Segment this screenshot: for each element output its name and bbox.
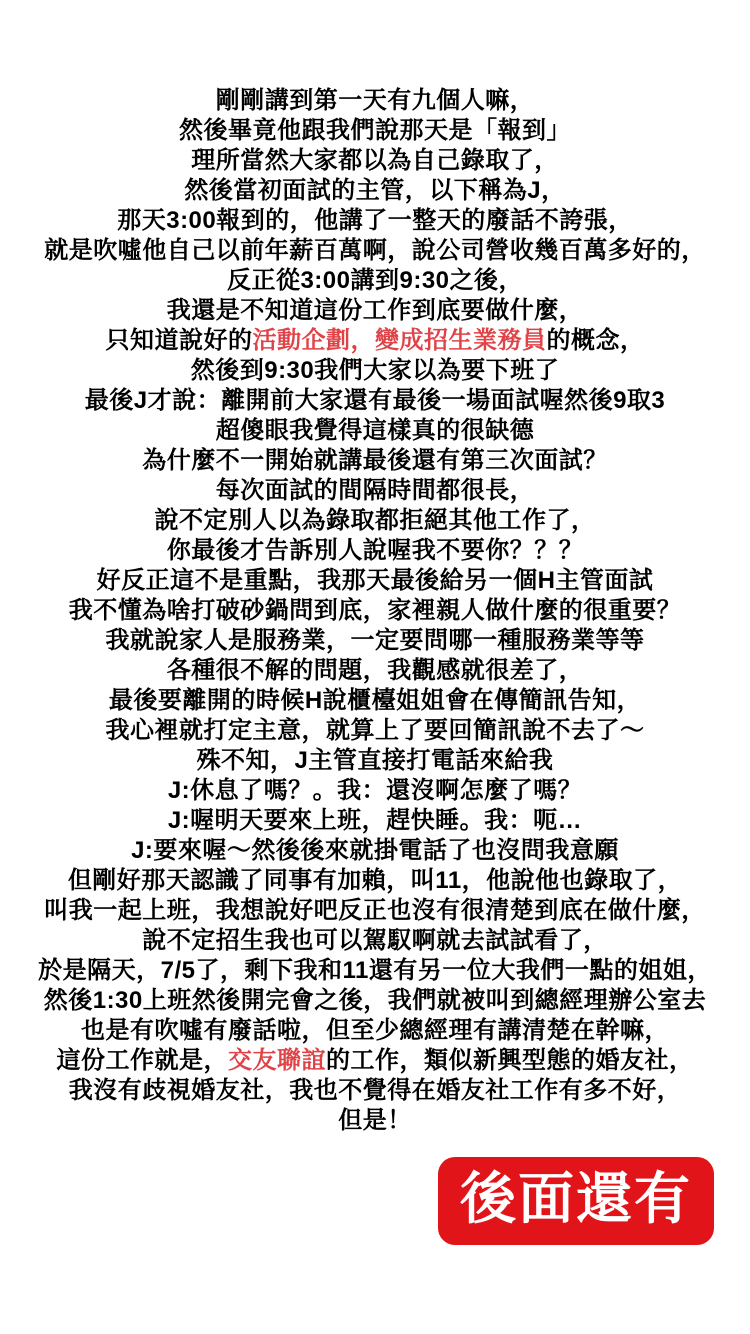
text-segment: 於是隔天，7/5了，剩下我和11還有另一位大我們一點的姐姐， [38,957,712,984]
text-segment: 我就說家人是服務業，一定要問哪一種服務業等等 [106,627,645,654]
story-line: 剛剛講到第一天有九個人嘛， [0,86,750,116]
text-segment: 的工作，類似新興型態的婚友社， [326,1047,694,1074]
text-segment: 我沒有歧視婚友社，我也不覺得在婚友社工作有多不好， [69,1077,682,1104]
more-badge-sticker: 後面還有 [438,1157,714,1245]
story-line: 那天3:00報到的，他講了一整天的廢話不誇張， [0,206,750,236]
story-line: 反正從3:00講到9:30之後， [0,266,750,296]
text-segment: 然後畢竟他跟我們說那天是「報到」 [179,117,571,144]
story-line: 你最後才告訴別人說喔我不要你？？？ [0,536,750,566]
story-line: 為什麼不一開始就講最後還有第三次面試？ [0,446,750,476]
story-line: J:喔明天要來上班，趕快睡。我：呃… [0,806,750,836]
text-segment: 你最後才告訴別人說喔我不要你？？？ [167,537,584,564]
story-line: 我心裡就打定主意，就算上了要回簡訊說不去了～ [0,716,750,746]
text-segment: 為什麼不一開始就講最後還有第三次面試？ [142,447,608,474]
story-line: 最後J才說：離開前大家還有最後一場面試喔然後9取3 [0,386,750,416]
text-segment: 說不定別人以為錄取都拒絕其他工作了， [155,507,596,534]
text-segment: 我還是不知道這份工作到底要做什麼， [167,297,584,324]
text-segment: J:喔明天要來上班，趕快睡。我：呃… [168,807,582,834]
story-line: 就是吹噓他自己以前年薪百萬啊，說公司營收幾百萬多好的， [0,236,750,266]
story-line: 但是！ [0,1106,750,1136]
story-line: 也是有吹噓有廢話啦，但至少總經理有講清楚在幹嘛， [0,1016,750,1046]
story-line: 然後當初面試的主管，以下稱為J， [0,176,750,206]
text-segment: 就是吹噓他自己以前年薪百萬啊，說公司營收幾百萬多好的， [44,237,706,264]
story-line: J:休息了嗎？。我：還沒啊怎麼了嗎？ [0,776,750,806]
text-segment: 這份工作就是， [57,1047,229,1074]
story-line: 只知道說好的活動企劃，變成招生業務員的概念， [0,326,750,356]
text-segment: 但剛好那天認識了同事有加賴，叫11，他說他也錄取了， [68,867,682,894]
text-segment: 最後要離開的時候H說櫃檯姐姐會在傳簡訊告知， [109,687,641,714]
story-line: 叫我一起上班，我想說好吧反正也沒有很清楚到底在做什麼， [0,896,750,926]
text-segment: 反正從3:00講到9:30之後， [227,267,523,294]
text-segment: J:休息了嗎？。我：還沒啊怎麼了嗎？ [168,777,582,804]
story-image: 剛剛講到第一天有九個人嘛，然後畢竟他跟我們說那天是「報到」理所當然大家都以為自己… [0,0,750,1334]
story-line: 說不定招生我也可以駕馭啊就去試試看了， [0,926,750,956]
text-segment: 最後J才說：離開前大家還有最後一場面試喔然後9取3 [85,387,666,414]
story-line: 於是隔天，7/5了，剩下我和11還有另一位大我們一點的姐姐， [0,956,750,986]
story-line: 然後1:30上班然後開完會之後，我們就被叫到總經理辦公室去 [0,986,750,1016]
text-segment: 那天3:00報到的，他講了一整天的廢話不誇張， [117,207,633,234]
more-badge-label: 後面還有 [460,1171,692,1231]
text-segment: 的概念， [547,327,645,354]
story-line: J:要來喔～然後後來就掛電話了也沒問我意願 [0,836,750,866]
text-segment: 超傻眼我覺得這樣真的很缺德 [216,417,535,444]
story-line: 這份工作就是，交友聯誼的工作，類似新興型態的婚友社， [0,1046,750,1076]
text-segment: 理所當然大家都以為自己錄取了， [191,147,559,174]
story-line: 最後要離開的時候H說櫃檯姐姐會在傳簡訊告知， [0,686,750,716]
text-segment: 我心裡就打定主意，就算上了要回簡訊說不去了～ [106,717,645,744]
story-line: 超傻眼我覺得這樣真的很缺德 [0,416,750,446]
story-line: 我沒有歧視婚友社，我也不覺得在婚友社工作有多不好， [0,1076,750,1106]
story-line: 我不懂為啥打破砂鍋問到底，家裡親人做什麼的很重要？ [0,596,750,626]
story-line: 說不定別人以為錄取都拒絕其他工作了， [0,506,750,536]
story-line: 然後畢竟他跟我們說那天是「報到」 [0,116,750,146]
story-line: 好反正這不是重點，我那天最後給另一個H主管面試 [0,566,750,596]
story-line: 我還是不知道這份工作到底要做什麼， [0,296,750,326]
text-segment: 也是有吹噓有廢話啦，但至少總經理有講清楚在幹嘛， [81,1017,669,1044]
text-segment: 每次面試的間隔時間都很長， [216,477,535,504]
text-segment: 剛剛講到第一天有九個人嘛， [216,87,535,114]
text-segment: 我不懂為啥打破砂鍋問到底，家裡親人做什麼的很重要？ [69,597,682,624]
highlighted-text: 交友聯誼 [228,1047,326,1074]
text-segment: 好反正這不是重點，我那天最後給另一個H主管面試 [97,567,654,594]
text-segment: 只知道說好的 [106,327,253,354]
story-text: 剛剛講到第一天有九個人嘛，然後畢竟他跟我們說那天是「報到」理所當然大家都以為自己… [0,86,750,1136]
text-segment: J:要來喔～然後後來就掛電話了也沒問我意願 [131,837,619,864]
text-segment: 但是！ [338,1107,412,1134]
text-segment: 說不定招生我也可以駕馭啊就去試試看了， [142,927,608,954]
story-line: 我就說家人是服務業，一定要問哪一種服務業等等 [0,626,750,656]
story-line: 然後到9:30我們大家以為要下班了 [0,356,750,386]
highlighted-text: 活動企劃，變成招生業務員 [253,327,547,354]
story-line: 理所當然大家都以為自己錄取了， [0,146,750,176]
story-line: 每次面試的間隔時間都很長， [0,476,750,506]
text-segment: 然後當初面試的主管，以下稱為J， [184,177,565,204]
text-segment: 然後到9:30我們大家以為要下班了 [191,357,560,384]
story-line: 各種很不解的問題，我觀感就很差了， [0,656,750,686]
story-line: 殊不知，J主管直接打電話來給我 [0,746,750,776]
story-line: 但剛好那天認識了同事有加賴，叫11，他說他也錄取了， [0,866,750,896]
text-segment: 殊不知，J主管直接打電話來給我 [197,747,554,774]
text-segment: 各種很不解的問題，我觀感就很差了， [167,657,584,684]
text-segment: 然後1:30上班然後開完會之後，我們就被叫到總經理辦公室去 [44,987,707,1014]
text-segment: 叫我一起上班，我想說好吧反正也沒有很清楚到底在做什麼， [44,897,706,924]
